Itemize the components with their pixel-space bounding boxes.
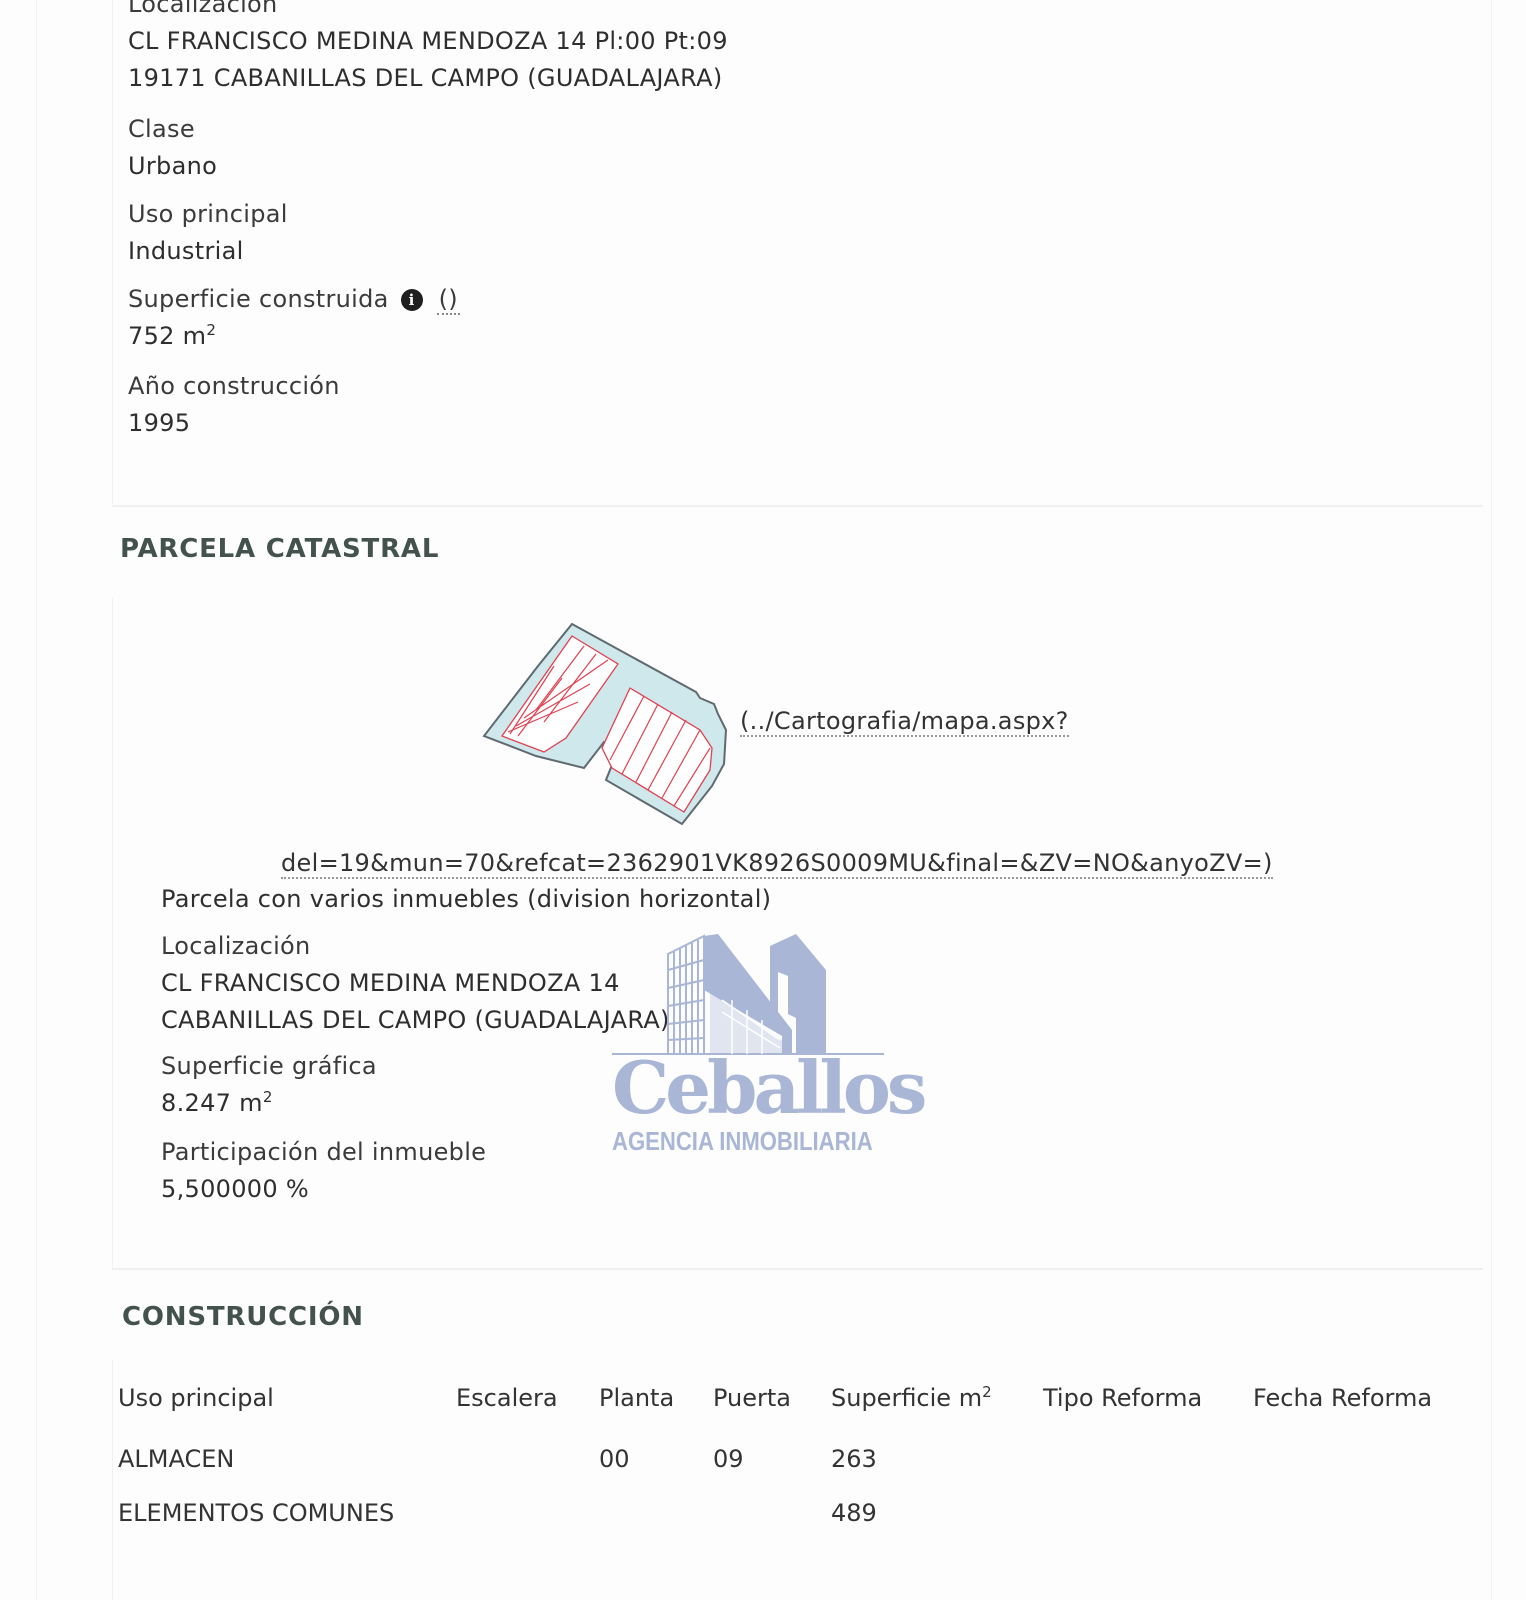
cell-fecha-reforma bbox=[1253, 1486, 1453, 1540]
cell-planta bbox=[599, 1486, 713, 1540]
cell-puerta bbox=[713, 1486, 831, 1540]
table-row: ALMACEN 00 09 263 bbox=[118, 1432, 1453, 1486]
cell-escalera bbox=[456, 1486, 599, 1540]
building-icon bbox=[612, 930, 887, 1055]
parcela-tipo: Parcela con varios inmuebles (division h… bbox=[161, 881, 771, 918]
cell-uso: ALMACEN bbox=[118, 1432, 456, 1486]
cell-uso: ELEMENTOS COMUNES bbox=[118, 1486, 456, 1540]
superficie-unit-sup: 2 bbox=[206, 321, 216, 339]
info-icon[interactable]: i bbox=[401, 289, 423, 311]
superficie-paren-link[interactable]: () bbox=[437, 285, 460, 315]
parcela-localizacion-line2: CABANILLAS DEL CAMPO (GUADALAJARA) bbox=[161, 1002, 670, 1039]
parcela-superficie-value: 8.247 m bbox=[161, 1089, 263, 1117]
watermark-subtitle: AGENCIA INMOBILIARIA bbox=[612, 1126, 846, 1157]
parcel-map-image[interactable] bbox=[478, 618, 738, 828]
col-puerta: Puerta bbox=[713, 1378, 831, 1432]
col-superficie-sup: 2 bbox=[982, 1383, 992, 1401]
parcela-superficie-value-row: 8.247 m2 bbox=[161, 1085, 377, 1122]
parcela-tipo-text: Parcela con varios inmuebles (division h… bbox=[161, 881, 771, 918]
map-link-part1[interactable]: (../Cartografia/mapa.aspx? bbox=[740, 703, 1069, 740]
localizacion-line1: CL FRANCISCO MEDINA MENDOZA 14 Pl:00 Pt:… bbox=[128, 23, 728, 60]
construccion-title: CONSTRUCCIÓN bbox=[122, 1302, 364, 1332]
cell-tipo-reforma bbox=[1043, 1432, 1253, 1486]
cell-superficie: 263 bbox=[831, 1432, 1043, 1486]
col-uso: Uso principal bbox=[118, 1378, 456, 1432]
participacion-value: 5,500000 % bbox=[161, 1171, 486, 1208]
map-link-part2[interactable]: del=19&mun=70&refcat=2362901VK8926S0009M… bbox=[281, 845, 1273, 882]
parcela-superficie: Superficie gráfica 8.247 m2 bbox=[161, 1048, 377, 1122]
watermark-brand: Ceballos bbox=[612, 1048, 887, 1128]
ceballos-watermark-logo: Ceballos AGENCIA INMOBILIARIA bbox=[612, 930, 887, 1165]
parcela-participacion: Participación del inmueble 5,500000 % bbox=[161, 1134, 486, 1208]
uso-label: Uso principal bbox=[128, 196, 288, 233]
inmueble-uso: Uso principal Industrial bbox=[128, 196, 288, 270]
uso-value: Industrial bbox=[128, 233, 288, 270]
anio-value: 1995 bbox=[128, 405, 340, 442]
localizacion-label: Localización bbox=[128, 0, 728, 23]
cell-planta: 00 bbox=[599, 1432, 713, 1486]
anio-label: Año construcción bbox=[128, 368, 340, 405]
inmueble-localizacion: Localización CL FRANCISCO MEDINA MENDOZA… bbox=[128, 0, 728, 97]
cell-superficie: 489 bbox=[831, 1486, 1043, 1540]
superficie-value-row: 752 m2 bbox=[128, 318, 460, 355]
construccion-table: Uso principal Escalera Planta Puerta Sup… bbox=[118, 1378, 1453, 1540]
parcela-superficie-sup: 2 bbox=[263, 1088, 273, 1106]
clase-label: Clase bbox=[128, 111, 217, 148]
inmueble-superficie: Superficie construida i () 752 m2 bbox=[128, 281, 460, 355]
superficie-label-row: Superficie construida i () bbox=[128, 281, 460, 318]
map-link-text-2[interactable]: del=19&mun=70&refcat=2362901VK8926S0009M… bbox=[281, 849, 1273, 879]
cell-fecha-reforma bbox=[1253, 1432, 1453, 1486]
col-planta: Planta bbox=[599, 1378, 713, 1432]
superficie-value: 752 m bbox=[128, 322, 206, 350]
col-superficie-label: Superficie m bbox=[831, 1384, 982, 1412]
table-header-row: Uso principal Escalera Planta Puerta Sup… bbox=[118, 1378, 1453, 1432]
col-tipo-reforma: Tipo Reforma bbox=[1043, 1378, 1253, 1432]
parcela-superficie-label: Superficie gráfica bbox=[161, 1048, 377, 1085]
clase-value: Urbano bbox=[128, 148, 217, 185]
table-row: ELEMENTOS COMUNES 489 bbox=[118, 1486, 1453, 1540]
localizacion-line2: 19171 CABANILLAS DEL CAMPO (GUADALAJARA) bbox=[128, 60, 728, 97]
col-escalera: Escalera bbox=[456, 1378, 599, 1432]
parcela-title: PARCELA CATASTRAL bbox=[120, 534, 439, 564]
parcela-localizacion: Localización CL FRANCISCO MEDINA MENDOZA… bbox=[161, 928, 670, 1039]
cell-escalera bbox=[456, 1432, 599, 1486]
parcela-localizacion-label: Localización bbox=[161, 928, 670, 965]
cell-puerta: 09 bbox=[713, 1432, 831, 1486]
parcela-localizacion-line1: CL FRANCISCO MEDINA MENDOZA 14 bbox=[161, 965, 670, 1002]
cell-tipo-reforma bbox=[1043, 1486, 1253, 1540]
superficie-label: Superficie construida bbox=[128, 285, 389, 313]
col-fecha-reforma: Fecha Reforma bbox=[1253, 1378, 1453, 1432]
inmueble-clase: Clase Urbano bbox=[128, 111, 217, 185]
map-link-text-1[interactable]: (../Cartografia/mapa.aspx? bbox=[740, 707, 1069, 737]
participacion-label: Participación del inmueble bbox=[161, 1134, 486, 1171]
inmueble-anio: Año construcción 1995 bbox=[128, 368, 340, 442]
col-superficie: Superficie m2 bbox=[831, 1378, 1043, 1432]
